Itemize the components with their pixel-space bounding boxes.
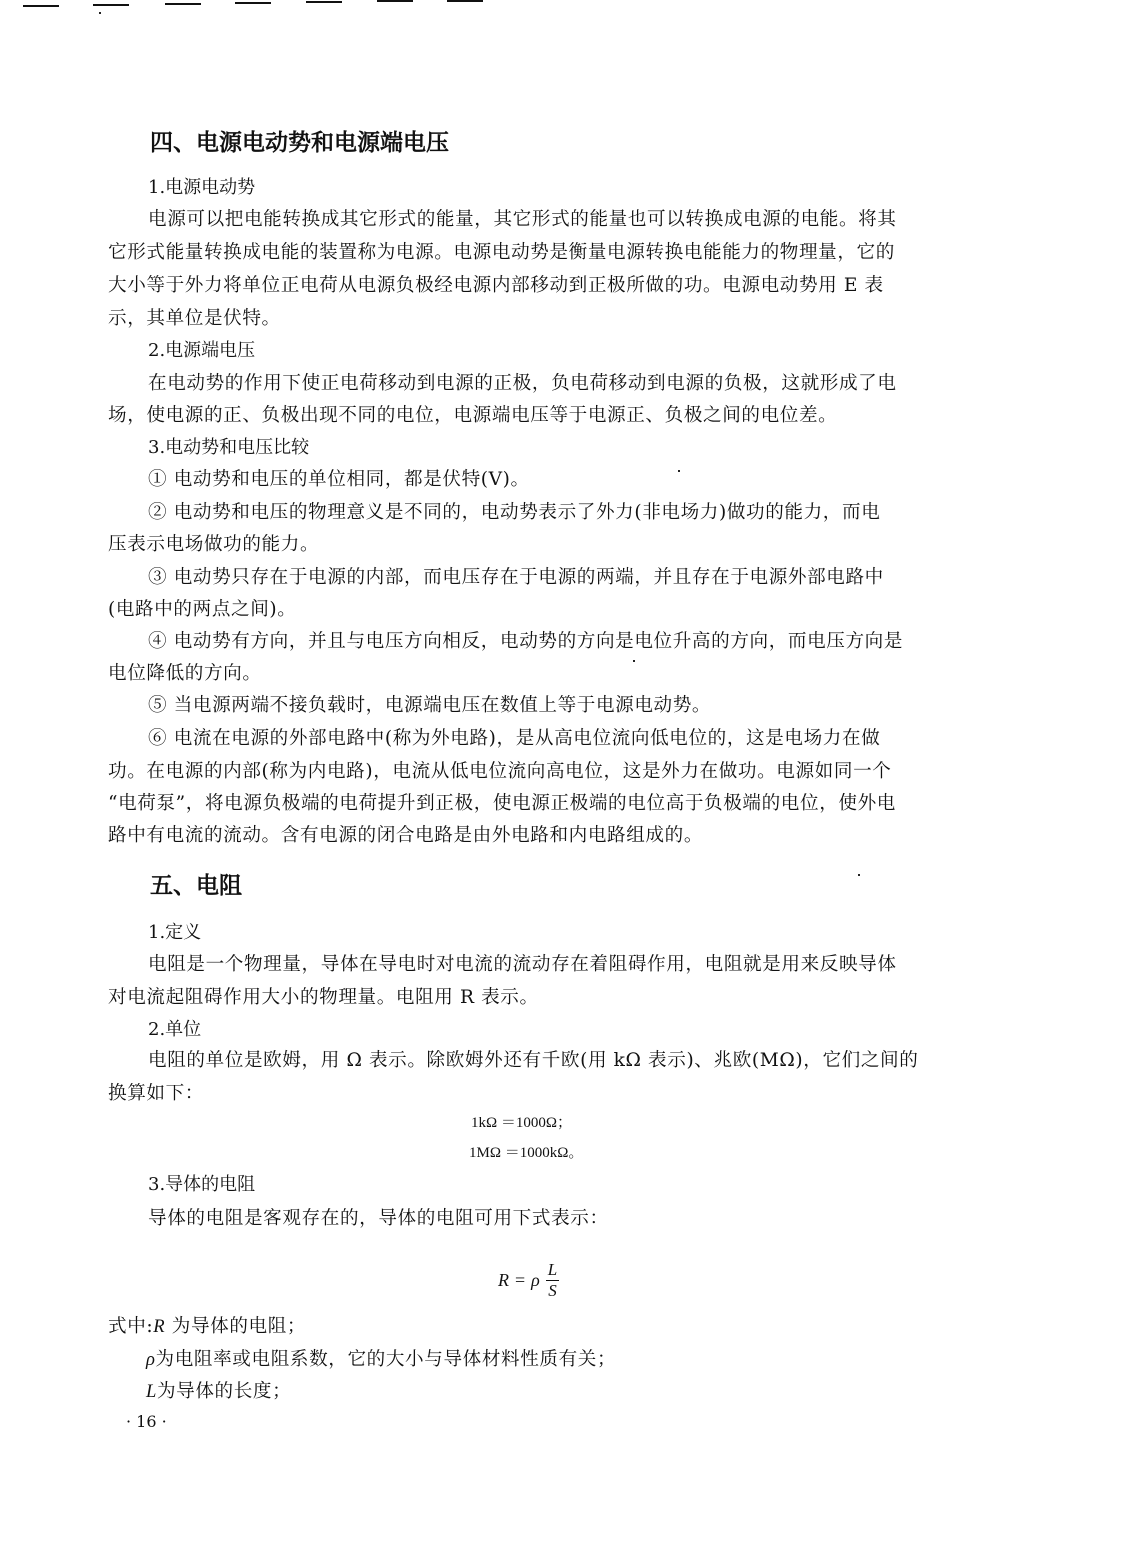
subsection-heading: 1.定义 <box>148 918 201 944</box>
list-item: ② 电动势和电压的物理意义是不同的，电动势表示了外力(非电场力)做功的能力，而电 <box>148 498 970 524</box>
definition-line: 式中:R 为导体的电阻； <box>108 1312 970 1338</box>
resistance-formula: R = ρ L S <box>498 1260 559 1301</box>
header-rule <box>23 5 59 7</box>
symbol: ρ <box>146 1349 156 1370</box>
paragraph-line: 它形式能量转换成电能的装置称为电源。电源电动势是衡量电源转换电能能力的物理量，它… <box>108 238 970 264</box>
list-item: ③ 电动势只存在于电源的内部，而电压存在于电源的两端，并且存在于电源外部电路中 <box>148 563 970 589</box>
header-rule <box>306 1 342 3</box>
definition-text: 为导体的长度； <box>157 1381 291 1402</box>
list-item: ⑤ 当电源两端不接负载时，电源端电压在数值上等于电源电动势。 <box>148 691 970 717</box>
list-item-continuation: 压表示电场做功的能力。 <box>108 530 970 556</box>
header-rule <box>447 0 483 2</box>
symbol: L <box>146 1381 157 1402</box>
header-rule <box>93 4 129 6</box>
list-item-continuation: 路中有电流的流动。含有电源的闭合电路是由外电路和内电路组成的。 <box>108 821 970 847</box>
paragraph-line: 大小等于外力将单位正电荷从电源负极经电源内部移动到正极所做的功。电源电动势用 E… <box>108 271 970 297</box>
subsection-heading: 2.单位 <box>148 1015 201 1041</box>
list-item-continuation: 功。在电源的内部(称为内电路)，电流从低电位流向高电位，这是外力在做功。电源如同… <box>108 757 970 783</box>
subsection-heading: 3.电动势和电压比较 <box>148 433 309 459</box>
definition-line: ρ为电阻率或电阻系数，它的大小与导体材料性质有关； <box>146 1345 1008 1371</box>
paragraph-line: 电源可以把电能转换成其它形式的能量，其它形式的能量也可以转换成电源的电能。将其 <box>148 205 970 231</box>
definition-line: L为导体的长度； <box>146 1377 1008 1403</box>
page-number: · 16 · <box>126 1412 167 1431</box>
paragraph-line: 对电流起阻碍作用大小的物理量。电阻用 R 表示。 <box>108 983 970 1009</box>
definition-text: 为电阻率或电阻系数，它的大小与导体材料性质有关； <box>156 1349 617 1370</box>
list-item-continuation: (电路中的两点之间)。 <box>108 595 970 621</box>
section-heading: 五、电阻 <box>150 867 242 900</box>
list-item-continuation: 电位降低的方向。 <box>108 659 970 685</box>
paragraph-line: 电阻是一个物理量，导体在导电时对电流的流动存在着阻碍作用，电阻就是用来反映导体 <box>148 950 970 976</box>
subsection-heading: 2.电源端电压 <box>148 336 255 362</box>
header-rule <box>235 2 271 4</box>
paragraph-line: 场，使电源的正、负极出现不同的电位，电源端电压等于电源正、负极之间的电位差。 <box>108 401 970 427</box>
where-prefix: 式中: <box>108 1316 153 1337</box>
paragraph-line: 示，其单位是伏特。 <box>108 304 970 330</box>
list-item-continuation: “电荷泵”，将电源负极端的电荷提升到正极，使电源正极端的电位高于负极端的电位，使… <box>108 789 970 815</box>
list-item: ① 电动势和电压的单位相同，都是伏特(V)。 <box>148 465 970 491</box>
scan-speck <box>858 874 860 876</box>
paragraph-line: 电阻的单位是欧姆，用 Ω 表示。除欧姆外还有千欧(用 kΩ 表示)、兆欧(MΩ)… <box>148 1046 970 1072</box>
paragraph-line: 在电动势的作用下使正电荷移动到电源的正极，负电荷移动到电源的负极，这就形成了电 <box>148 369 970 395</box>
scan-header-rules <box>0 0 600 12</box>
paragraph-line: 导体的电阻是客观存在的，导体的电阻可用下式表示： <box>148 1204 970 1230</box>
formula-lhs: R <box>498 1270 509 1291</box>
formula-coefficient: ρ <box>531 1270 540 1291</box>
header-rule <box>165 3 201 5</box>
equation: 1kΩ ＝1000Ω； <box>471 1111 572 1132</box>
formula-equals: = <box>515 1270 525 1291</box>
header-rule <box>377 0 413 2</box>
formula-fraction: L S <box>546 1260 559 1301</box>
formula-denominator: S <box>548 1281 557 1301</box>
definition-text: 为导体的电阻； <box>165 1316 306 1337</box>
subsection-heading: 3.导体的电阻 <box>148 1170 255 1196</box>
section-heading: 四、电源电动势和电源端电压 <box>150 124 449 157</box>
list-item: ④ 电动势有方向，并且与电压方向相反，电动势的方向是电位升高的方向，而电压方向是 <box>148 627 970 653</box>
list-item: ⑥ 电流在电源的外部电路中(称为外电路)，是从高电位流向低电位的，这是电场力在做 <box>148 724 970 750</box>
scan-speck <box>99 12 101 14</box>
formula-numerator: L <box>546 1260 559 1281</box>
equation: 1MΩ ＝1000kΩ。 <box>469 1141 583 1162</box>
subsection-heading: 1.电源电动势 <box>148 173 255 199</box>
symbol: R <box>153 1316 165 1337</box>
paragraph-line: 换算如下： <box>108 1079 970 1105</box>
